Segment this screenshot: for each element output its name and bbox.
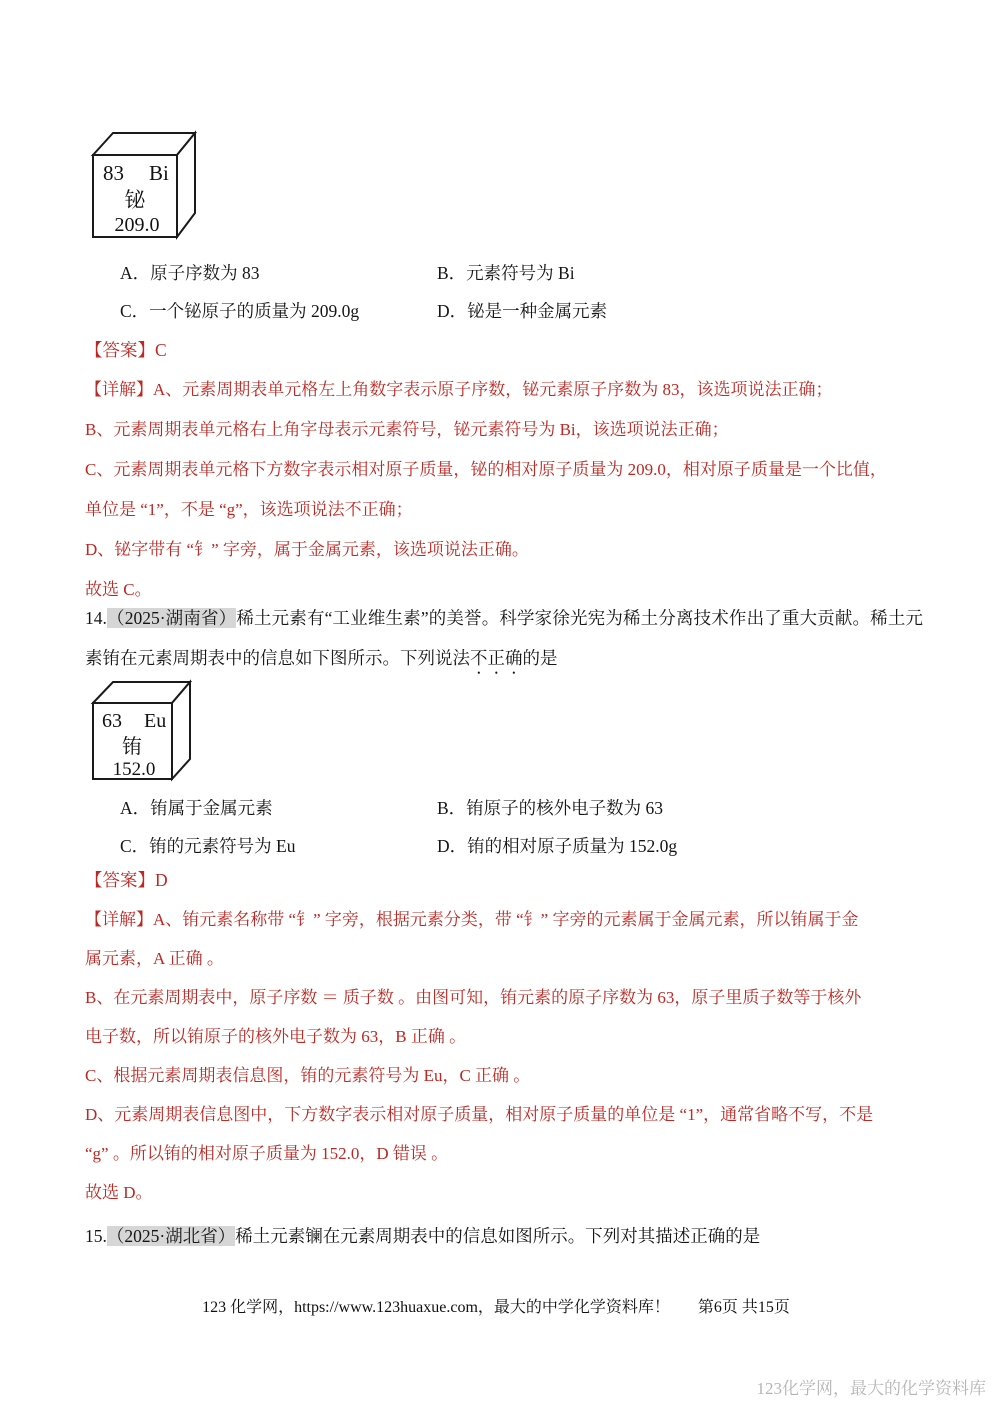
explanation-line: D、元素周期表信息图中，下方数字表示相对原子质量，相对原子质量的单位是 “1”，… bbox=[85, 1095, 873, 1134]
q14-stem-emphasis: 不正确 bbox=[470, 648, 523, 668]
relative-atomic-mass: 152.0 bbox=[113, 759, 156, 780]
explanation-line: 故选 D。 bbox=[85, 1173, 873, 1212]
exam-page: 83 Bi 铋 209.0 A．原子序数为 83B．元素符号为 BiC．一个铋原… bbox=[0, 0, 992, 1403]
explanation-line: 【详解】A、铕元素名称带 “钅” 字旁，根据元素分类，带 “钅” 字旁的元素属于… bbox=[85, 900, 873, 939]
explanation-line: B、元素周期表单元格右上角字母表示元素符号，铋元素符号为 Bi，该选项说法正确； bbox=[85, 410, 887, 450]
explanation-line: B、在元素周期表中，原子序数 ＝ 质子数 。由图可知，铕元素的原子序数为 63，… bbox=[85, 978, 873, 1017]
explanation-line: 属元素，A 正确 。 bbox=[85, 939, 873, 978]
explanation-line: 电子数，所以铕原子的核外电子数为 63，B 正确 。 bbox=[85, 1017, 873, 1056]
option: D．铋是一种金属元素 bbox=[437, 292, 920, 330]
q14-answer: 【答案】D bbox=[85, 868, 168, 892]
q14-options: A．铕属于金属元素B．铕原子的核外电子数为 63C．铕的元素符号为 EuD．铕的… bbox=[120, 789, 920, 865]
atomic-number: 63 bbox=[102, 710, 122, 732]
relative-atomic-mass: 209.0 bbox=[115, 214, 160, 236]
element-cell-bi-cube: 83 Bi 铋 209.0 bbox=[89, 129, 201, 241]
q14-explanation: 【详解】A、铕元素名称带 “钅” 字旁，根据元素分类，带 “钅” 字旁的元素属于… bbox=[85, 900, 873, 1212]
footer-page-number: 第6页 共15页 bbox=[698, 1299, 790, 1316]
watermark-text: 123化学网，最大的化学资料库 bbox=[757, 1374, 987, 1399]
element-symbol: Bi bbox=[149, 161, 169, 185]
option: D．铕的相对原子质量为 152.0g bbox=[437, 827, 920, 865]
q13-explanation: 【详解】A、元素周期表单元格左上角数字表示原子序数，铋元素原子序数为 83，该选… bbox=[85, 370, 887, 610]
option: C．铕的元素符号为 Eu bbox=[120, 827, 437, 865]
q14-stem-tail: 的是 bbox=[523, 648, 558, 668]
explanation-line: C、根据元素周期表信息图，铕的元素符号为 Eu，C 正确 。 bbox=[85, 1056, 873, 1095]
q14-number: 14. bbox=[85, 608, 107, 628]
option: B．元素符号为 Bi bbox=[437, 254, 920, 292]
explanation-line: 单位是 “1”，不是 “g”，该选项说法不正确； bbox=[85, 490, 887, 530]
q13-answer: 【答案】C bbox=[85, 338, 167, 362]
atomic-number: 83 bbox=[103, 161, 124, 185]
element-name: 铕 bbox=[122, 735, 142, 758]
q14-stem: 14.（2025·湖南省）稀土元素有“工业维生素”的美誉。科学家徐光宪为稀土分离… bbox=[85, 598, 923, 678]
explanation-line: D、铋字带有 “钅” 字旁，属于金属元素，该选项说法正确。 bbox=[85, 530, 887, 570]
option: A．铕属于金属元素 bbox=[120, 789, 437, 827]
q15-source-tag: （2025·湖北省） bbox=[107, 1226, 235, 1246]
q15-stem-text: 稀土元素镧在元素周期表中的信息如图所示。下列对其描述正确的是 bbox=[235, 1226, 760, 1246]
q14-source-tag: （2025·湖南省） bbox=[107, 608, 236, 628]
page-footer: 123 化学网，https://www.123huaxue.com，最大的中学化… bbox=[0, 1294, 992, 1317]
q15-stem: 15.（2025·湖北省）稀土元素镧在元素周期表中的信息如图所示。下列对其描述正… bbox=[85, 1216, 923, 1256]
option: B．铕原子的核外电子数为 63 bbox=[437, 789, 920, 827]
q13-options: A．原子序数为 83B．元素符号为 BiC．一个铋原子的质量为 209.0gD．… bbox=[120, 254, 920, 330]
footer-site-info: 123 化学网，https://www.123huaxue.com，最大的中学化… bbox=[202, 1299, 670, 1316]
element-name: 铋 bbox=[125, 188, 147, 212]
option: C．一个铋原子的质量为 209.0g bbox=[120, 292, 437, 330]
q15-number: 15. bbox=[85, 1226, 107, 1246]
element-cell-eu-cube: 63 Eu 铕 152.0 bbox=[88, 678, 194, 784]
explanation-line: 【详解】A、元素周期表单元格左上角数字表示原子序数，铋元素原子序数为 83，该选… bbox=[85, 370, 887, 410]
explanation-line: “g” 。所以铕的相对原子质量为 152.0，D 错误 。 bbox=[85, 1134, 873, 1173]
explanation-line: C、元素周期表单元格下方数字表示相对原子质量，铋的相对原子质量为 209.0，相… bbox=[85, 450, 887, 490]
option: A．原子序数为 83 bbox=[120, 254, 437, 292]
element-symbol: Eu bbox=[144, 710, 166, 732]
